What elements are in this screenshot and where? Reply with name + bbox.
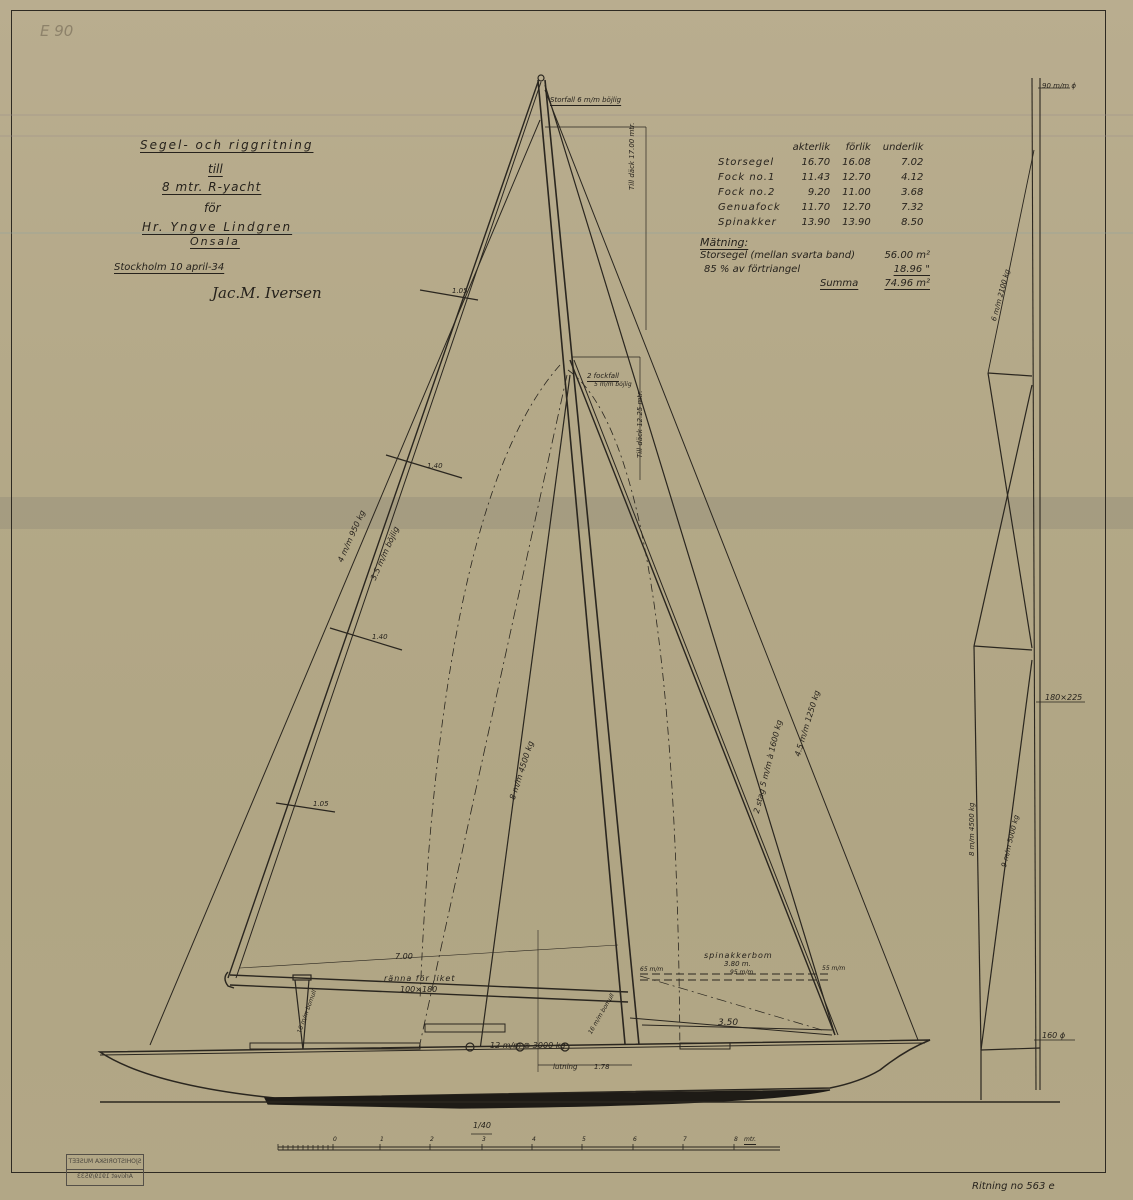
title-line-3: 8 mtr. R-yacht (162, 180, 261, 194)
spinnaker-boom-length: 3.80 m. (724, 960, 751, 968)
jib-boom-length: 3.50 (718, 1018, 738, 1028)
sail-name: Spinakker (718, 215, 787, 230)
title-line-2: till (208, 162, 223, 176)
sail-name: Genuafock (718, 200, 787, 215)
signature: Jac.M. Iversen (212, 284, 322, 302)
spin-diameter-1: 65 m/m (640, 966, 663, 973)
measurement-sum-value: 74.96 m² (884, 278, 930, 289)
side-lower-left-note: 8 m/m 4500 kg (968, 803, 976, 856)
till-dack-upper-note: Till däck 17.00 mtr. (628, 123, 636, 190)
drawing-number: Ritning no 563 e (972, 1181, 1055, 1192)
spin-diameter-2: 95 m/m (730, 969, 753, 976)
forlik-value: 11.00 (836, 185, 877, 200)
akterlik-value: 11.43 (787, 170, 836, 185)
underlik-value: 4.12 (877, 170, 930, 185)
drawing-sheet: E 90 Segel- och riggritning till 8 mtr. … (0, 0, 1133, 1200)
scale-tick-2: 2 (430, 1136, 434, 1143)
fockfall-sub-note: 5 m/m böjlig (594, 381, 632, 388)
side-base-label: 160 ϕ (1042, 1031, 1065, 1040)
measurement-row1-label: Storsegel (mellan svarta band) (700, 250, 855, 261)
measurement-row2-value: 18.96 " (894, 264, 930, 275)
side-top-label: 90 m/m ϕ (1042, 82, 1076, 90)
scale-tick-7: 7 (683, 1136, 687, 1143)
measurement-sum-label: Summa (820, 278, 858, 289)
akterlik-value: 13.90 (787, 215, 836, 230)
archive-stamp: SJÖHISTORISKA MUSEET Arkivet 1919/9533 (66, 1154, 144, 1186)
table-row: Spinakker 13.90 13.90 8.50 (718, 215, 929, 230)
stamp-line-2: Arkivet 1919/9533 (67, 1170, 143, 1184)
lutning-label: lutning (553, 1063, 577, 1071)
forlik-value: 13.90 (836, 215, 877, 230)
scale-tick-0: 0 (333, 1136, 337, 1143)
stamp-line-1: SJÖHISTORISKA MUSEET (67, 1155, 143, 1170)
forlik-value: 12.70 (836, 200, 877, 215)
akterlik-value: 9.20 (787, 185, 836, 200)
lutning-value: 1.78 (594, 1063, 610, 1071)
deck-note: 12 m/m ⊗ 3000 kg (490, 1041, 565, 1050)
spreader-label-2: 1.40 (427, 462, 443, 470)
spreader-label-4: 1.05 (313, 800, 329, 808)
spreader-label-1: 1.05 (452, 287, 468, 295)
sail-name: Fock no.1 (718, 170, 787, 185)
sail-dimensions-table: akterlik förlik underlik Storsegel 16.70… (718, 140, 929, 230)
boom-note: ränna för liket (384, 974, 455, 983)
table-row: Fock no.1 11.43 12.70 4.12 (718, 170, 929, 185)
forlik-value: 12.70 (836, 170, 877, 185)
underlik-value: 8.50 (877, 215, 930, 230)
title-line-4: för (204, 201, 221, 215)
boom-section-label: 100×180 (400, 985, 437, 994)
title-line-6: Onsala (190, 235, 240, 248)
measurement-heading: Mätning: (700, 236, 748, 249)
corner-note: E 90 (40, 22, 73, 40)
fockfall-note: 2 fockfall (587, 372, 619, 380)
scale-tick-1: 1 (380, 1136, 384, 1143)
sail-name: Fock no.2 (718, 185, 787, 200)
underlik-value: 7.02 (877, 155, 930, 170)
storfall-note: Storfall 6 m/m böjlig (550, 96, 621, 104)
spin-diameter-3: 55 m/m (822, 965, 845, 972)
scale-tick-5: 5 (582, 1136, 586, 1143)
spinnaker-boom-label: spinakkerbom (704, 951, 773, 960)
measurement-row1-value: 56.00 m² (884, 250, 930, 261)
underlik-value: 7.32 (877, 200, 930, 215)
scale-ratio: 1/40 (473, 1121, 491, 1130)
header-underlik: underlik (877, 140, 930, 155)
header-empty (718, 140, 787, 155)
akterlik-value: 16.70 (787, 155, 836, 170)
table-row: Genuafock 11.70 12.70 7.32 (718, 200, 929, 215)
scale-unit: mtr. (744, 1136, 756, 1143)
title-line-5: Hr. Yngve Lindgren (142, 220, 292, 234)
underlik-value: 3.68 (877, 185, 930, 200)
scale-tick-4: 4 (532, 1136, 536, 1143)
place-date: Stockholm 10 april-34 (114, 262, 224, 273)
forlik-value: 16.08 (836, 155, 877, 170)
header-akterlik: akterlik (787, 140, 836, 155)
scale-tick-3: 3 (482, 1136, 486, 1143)
title-line-1: Segel- och riggritning (140, 138, 313, 152)
measurement-row2-label: 85 % av förtriangel (700, 264, 800, 275)
table-row: Storsegel 16.70 16.08 7.02 (718, 155, 929, 170)
akterlik-value: 11.70 (787, 200, 836, 215)
table-row: Fock no.2 9.20 11.00 3.68 (718, 185, 929, 200)
spreader-label-3: 1.40 (372, 633, 388, 641)
header-forlik: förlik (836, 140, 877, 155)
sail-name: Storsegel (718, 155, 787, 170)
scale-tick-6: 6 (633, 1136, 637, 1143)
boom-length-label: 7.00 (395, 952, 413, 961)
scale-tick-8: 8 (734, 1136, 738, 1143)
table-header-row: akterlik förlik underlik (718, 140, 929, 155)
side-mast-section: 180×225 (1045, 693, 1082, 702)
measurement-block: Mätning: Storsegel (mellan svarta band)5… (700, 236, 930, 292)
till-dack-lower-note: Till däck 12.25 mtr. (636, 391, 644, 458)
